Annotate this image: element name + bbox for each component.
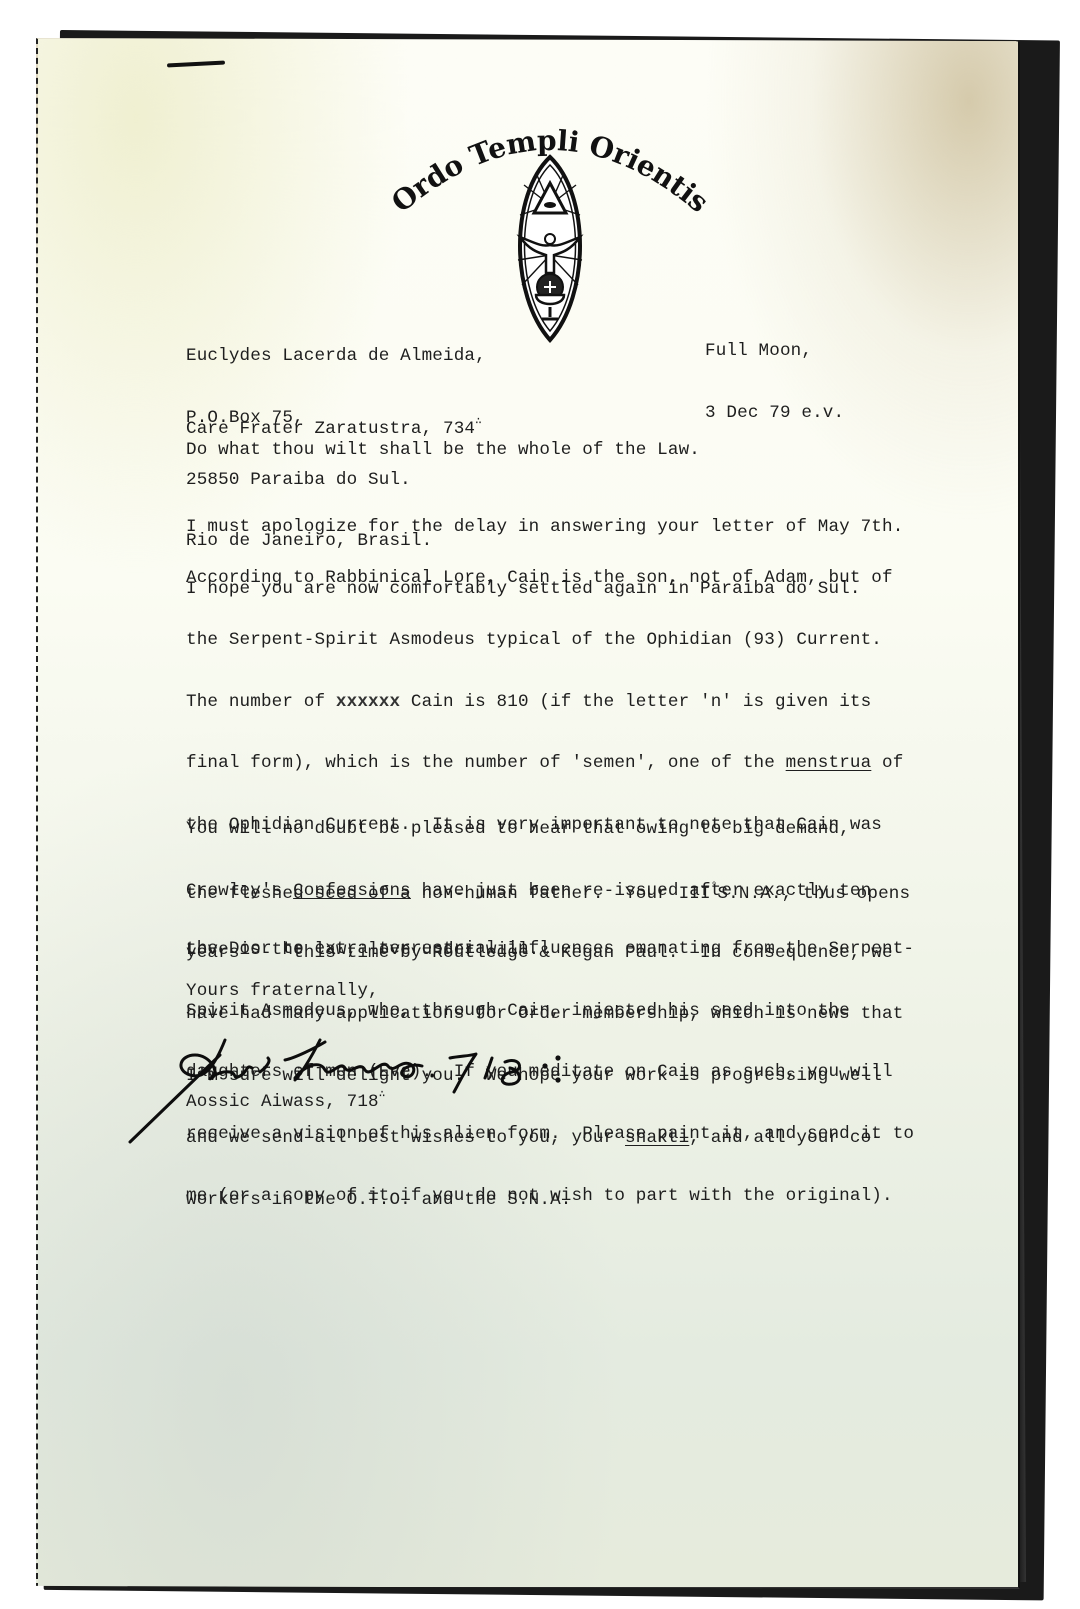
- salutation-text: Care Frater Zaratustra, 734: [186, 419, 475, 439]
- underlined-title: Confessions: [293, 881, 411, 901]
- dateline: Full Moon, 3 Dec 79 e.v.: [705, 300, 844, 444]
- text-line: According to Rabbinical Lore, Cain is th…: [186, 568, 914, 589]
- underlined-word: shakti: [625, 1128, 689, 1148]
- underlined-word: menstrua: [786, 753, 872, 773]
- typed-signature-name: Aossic Aiwass, 718∴: [186, 1085, 386, 1113]
- opening-formula: Do what thou wilt shall be the whole of …: [186, 440, 700, 461]
- text-line: the Serpent-Spirit Asmodeus typical of t…: [186, 630, 914, 651]
- typed-name-text: Aossic Aiwass, 718: [186, 1092, 379, 1112]
- text-segment: of: [871, 753, 903, 773]
- address-line: Euclydes Lacerda de Almeida,: [186, 346, 486, 367]
- closing-formula: Love is the law, love under will.: [186, 940, 539, 961]
- date-line: 3 Dec 79 e.v.: [705, 403, 844, 424]
- paragraph-confessions: You will no doubt be pleased to hear tha…: [186, 778, 903, 1231]
- date-line: Full Moon,: [705, 341, 844, 362]
- text-line: The number of xxxxxx Cain is 810 (if the…: [186, 692, 914, 713]
- struck-out-text: xxxxxx: [336, 692, 400, 712]
- text-line: workers in the O.T.O. and the S.N.A.: [186, 1190, 903, 1211]
- text-segment: The number of: [186, 692, 336, 712]
- text-line: final form), which is the number of 'sem…: [186, 753, 914, 774]
- salutation: Care Frater Zaratustra, 734∴: [186, 412, 482, 440]
- oto-lamen-icon: [518, 157, 582, 340]
- text-line: Crowley's Confessions have just been re-…: [186, 881, 903, 902]
- triple-dot-mark: ∴: [475, 416, 482, 428]
- triple-dot-mark: ∴: [379, 1089, 386, 1101]
- text-segment: , and all your co-: [689, 1128, 882, 1148]
- text-segment: Cain is 810 (if the letter 'n' is given …: [400, 692, 871, 712]
- text-line: You will no doubt be pleased to hear tha…: [186, 819, 903, 840]
- text-segment: have just been re-issued after exactly t…: [411, 881, 871, 901]
- text-segment: final form), which is the number of 'sem…: [186, 753, 786, 773]
- text-segment: Crowley's: [186, 881, 293, 901]
- signoff: Yours fraternally,: [186, 981, 379, 1002]
